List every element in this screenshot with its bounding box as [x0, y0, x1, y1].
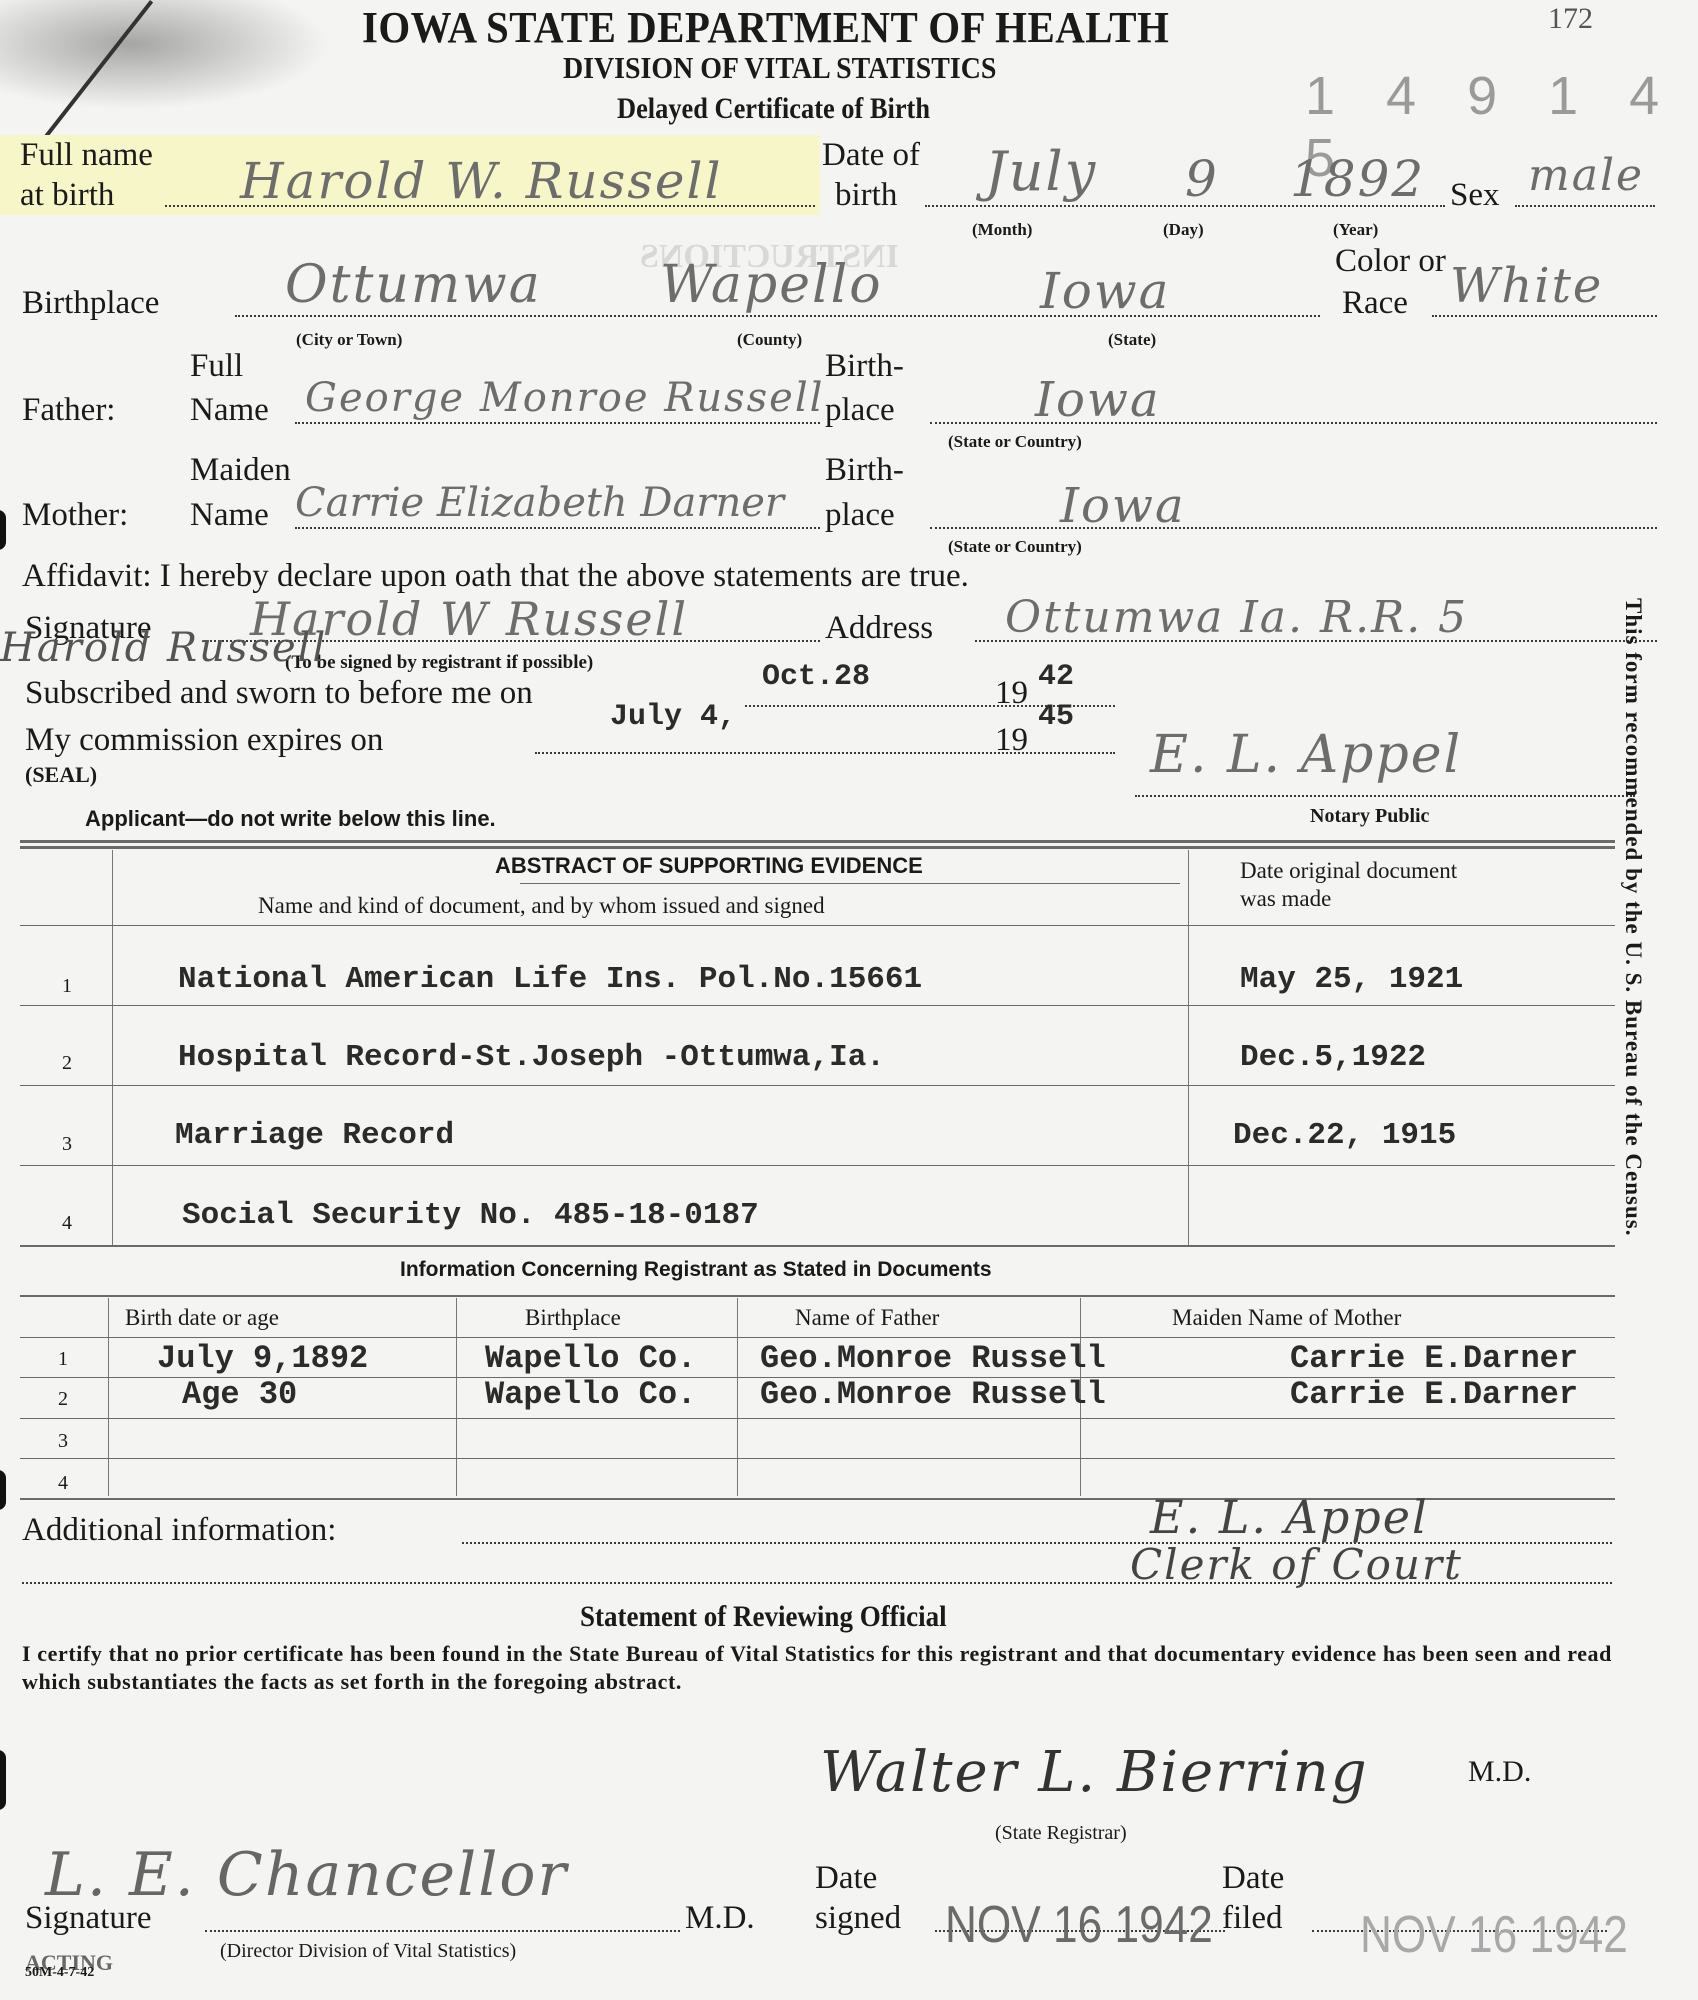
sworn-date[interactable]: Oct.28 [762, 660, 870, 694]
father-name-value[interactable]: George Monroe Russell [305, 375, 824, 421]
info-col-mother: Maiden Name of Mother [1172, 1305, 1401, 1331]
dob-label-2: birth [835, 177, 897, 214]
mother-maiden-label: Maiden [190, 452, 291, 489]
state-caption: (State) [1108, 330, 1156, 350]
father-birthplace-label: Birth- [825, 348, 904, 385]
director-md: M.D. [685, 1900, 755, 1937]
birthplace-state[interactable]: Iowa [1040, 262, 1170, 320]
sworn-century: 19 [995, 675, 1028, 712]
mother-name-value[interactable]: Carrie Elizabeth Darner [295, 480, 784, 526]
info-col-father: Name of Father [795, 1305, 939, 1331]
info-row-birth[interactable]: July 9,1892 [157, 1340, 368, 1377]
sworn-year[interactable]: 42 [1038, 660, 1074, 694]
abstract-row-rule [20, 1005, 1615, 1006]
full-name-label: Full name [20, 137, 153, 174]
abstract-row-document[interactable]: Social Security No. 485-18-0187 [182, 1198, 759, 1233]
binder-hole-mark [0, 1470, 6, 1510]
margin-signature: Harold Russell [0, 625, 327, 671]
signature-caption: (To be signed by registrant if possible) [285, 652, 593, 674]
page-title: IOWA STATE DEPARTMENT OF HEALTH [362, 2, 1169, 53]
race-label: Color or [1335, 243, 1446, 280]
abstract-row-rule [20, 1085, 1615, 1086]
info-row-num: 3 [58, 1430, 68, 1453]
year-caption: (Year) [1333, 220, 1378, 240]
abstract-row-num: 3 [62, 1133, 72, 1156]
month-caption: (Month) [972, 220, 1032, 240]
abstract-row-date[interactable]: Dec.5,1922 [1240, 1040, 1426, 1075]
sex-label: Sex [1450, 177, 1500, 214]
abstract-num-divider [112, 850, 113, 1245]
director-signature-label: Signature [25, 1900, 151, 1937]
abstract-row-num: 4 [62, 1212, 72, 1235]
division-title: DIVISION OF VITAL STATISTICS [563, 50, 996, 86]
review-title: Statement of Reviewing Official [580, 1600, 947, 1634]
info-divider-1 [108, 1298, 109, 1496]
abstract-col-document: Name and kind of document, and by whom i… [258, 893, 825, 919]
abstract-row-document[interactable]: National American Life Ins. Pol.No.15661 [178, 962, 922, 997]
dob-day[interactable]: 9 [1185, 150, 1219, 208]
info-col-birth: Birth date or age [125, 1305, 279, 1331]
birthplace-county[interactable]: Wapello [660, 255, 883, 315]
affidavit-statement: Affidavit: I hereby declare upon oath th… [22, 558, 969, 595]
sex-value[interactable]: male [1528, 150, 1644, 201]
date-filed-label-2: filed [1222, 1900, 1282, 1937]
birthplace-city[interactable]: Ottumwa [285, 255, 542, 315]
abstract-row-num: 1 [62, 975, 72, 998]
city-caption: (City or Town) [296, 330, 402, 350]
director-caption: (Director Division of Vital Statistics) [220, 1940, 516, 1963]
full-name-value[interactable]: Harold W. Russell [240, 152, 723, 210]
abstract-header-rule [20, 925, 1615, 926]
father-full-label: Full [190, 348, 243, 385]
abstract-date-divider [1188, 850, 1189, 1245]
abstract-row-document[interactable]: Hospital Record-St.Joseph -Ottumwa,Ia. [178, 1040, 885, 1075]
form-title: Delayed Certificate of Birth [617, 92, 930, 126]
info-row-num: 4 [58, 1472, 68, 1495]
date-signed-label-2: signed [815, 1900, 901, 1937]
info-row-place[interactable]: Wapello Co. [485, 1376, 696, 1413]
applicant-warning: Applicant—do not write below this line. [85, 806, 496, 832]
address-label: Address [825, 610, 933, 647]
mother-name-label: Name [190, 497, 269, 534]
notary-label: Notary Public [1310, 805, 1429, 828]
commission-year[interactable]: 45 [1038, 700, 1074, 734]
registrar-signature[interactable]: Walter L. Bierring [820, 1740, 1369, 1805]
notary-line [1135, 795, 1635, 797]
date-signed-stamp[interactable]: NOV 16 1942 [945, 1895, 1213, 1955]
county-caption: (County) [737, 330, 802, 350]
info-top-rule [20, 1295, 1615, 1297]
address-value[interactable]: Ottumwa Ia. R.R. 5 [1005, 592, 1468, 643]
info-row-rule [20, 1458, 1615, 1459]
page-number: 172 [1548, 2, 1593, 36]
sex-line [1515, 205, 1655, 207]
binder-hole-mark [0, 510, 6, 550]
info-title: Information Concerning Registrant as Sta… [400, 1258, 992, 1282]
mother-label: Mother: [22, 497, 128, 534]
mother-name-line [295, 527, 820, 529]
registrar-caption: (State Registrar) [995, 1822, 1127, 1845]
full-name-label-2: at birth [20, 177, 114, 214]
binder-hole-mark [0, 1750, 6, 1810]
info-row-place[interactable]: Wapello Co. [485, 1340, 696, 1377]
mother-birthplace-label-2: place [825, 497, 895, 534]
dob-label: Date of [822, 137, 920, 174]
commission-label: My commission expires on [25, 722, 383, 759]
father-name-line [295, 422, 820, 424]
mother-birthplace-value[interactable]: Iowa [1060, 478, 1186, 534]
sworn-label: Subscribed and sworn to before me on [25, 675, 533, 712]
abstract-col-date: Date original document [1240, 858, 1457, 884]
mother-birthplace-caption: (State or Country) [948, 537, 1082, 557]
father-birthplace-label-2: place [825, 392, 895, 429]
race-label-2: Race [1342, 285, 1408, 322]
info-row-father[interactable]: Geo.Monroe Russell [760, 1376, 1106, 1413]
abstract-row-document[interactable]: Marriage Record [175, 1118, 454, 1153]
info-row-num: 2 [58, 1388, 68, 1411]
mother-birthplace-line [930, 527, 1657, 529]
father-birthplace-value[interactable]: Iowa [1035, 372, 1161, 428]
info-row-birth[interactable]: Age 30 [182, 1376, 297, 1413]
info-header-rule [20, 1337, 1615, 1338]
father-birthplace-caption: (State or Country) [948, 432, 1082, 452]
info-row-father[interactable]: Geo.Monroe Russell [760, 1340, 1106, 1377]
birthplace-label: Birthplace [22, 285, 159, 322]
info-row-mother[interactable]: Carrie E.Darner [1290, 1376, 1578, 1413]
commission-date[interactable]: July 4, [610, 700, 736, 734]
form-code: 50M-4-7-42 [25, 1965, 94, 1981]
clerk-title: Clerk of Court [1130, 1540, 1463, 1589]
day-caption: (Day) [1163, 220, 1204, 240]
dob-year[interactable]: 1892 [1290, 150, 1425, 208]
abstract-row-date[interactable]: May 25, 1921 [1240, 962, 1463, 997]
additional-info-label: Additional information: [22, 1512, 336, 1549]
mother-birthplace-label: Birth- [825, 452, 904, 489]
notary-signature[interactable]: E. L. Appel [1150, 725, 1462, 785]
date-signed-label: Date [815, 1860, 877, 1897]
smudge-mark [0, 0, 330, 110]
registrar-md: M.D. [1468, 1755, 1531, 1789]
abstract-col-date-2: was made [1240, 886, 1331, 912]
date-filed-label: Date [1222, 1860, 1284, 1897]
race-value[interactable]: White [1450, 258, 1603, 314]
abstract-row-num: 2 [62, 1052, 72, 1075]
review-text: I certify that no prior certificate has … [22, 1640, 1612, 1696]
father-name-label: Name [190, 392, 269, 429]
commission-line [535, 752, 1115, 754]
double-rule-top [20, 840, 1615, 843]
seal-label: (SEAL) [25, 762, 97, 788]
double-rule-bottom [20, 846, 1615, 849]
father-label: Father: [22, 392, 115, 429]
race-line [1432, 315, 1657, 317]
abstract-title-rule [520, 883, 1180, 884]
dob-month[interactable]: July [985, 140, 1097, 203]
info-col-birthplace: Birthplace [525, 1305, 621, 1331]
info-divider-3 [737, 1298, 738, 1496]
side-note: This form recommended by the U. S. Burea… [1620, 598, 1646, 1236]
info-row-num: 1 [58, 1348, 68, 1371]
abstract-title: ABSTRACT OF SUPPORTING EVIDENCE [495, 853, 923, 879]
info-row-rule [20, 1418, 1615, 1419]
director-signature-line [205, 1930, 680, 1932]
commission-century: 19 [995, 722, 1028, 759]
date-filed-stamp[interactable]: NOV 16 1942 [1360, 1905, 1628, 1965]
abstract-row-date[interactable]: Dec.22, 1915 [1233, 1118, 1456, 1153]
clerk-signature[interactable]: E. L. Appel [1150, 1490, 1429, 1544]
info-divider-2 [456, 1298, 457, 1496]
info-row-mother[interactable]: Carrie E.Darner [1290, 1340, 1578, 1377]
abstract-bottom-rule [20, 1245, 1615, 1247]
abstract-row-rule [20, 1165, 1615, 1166]
